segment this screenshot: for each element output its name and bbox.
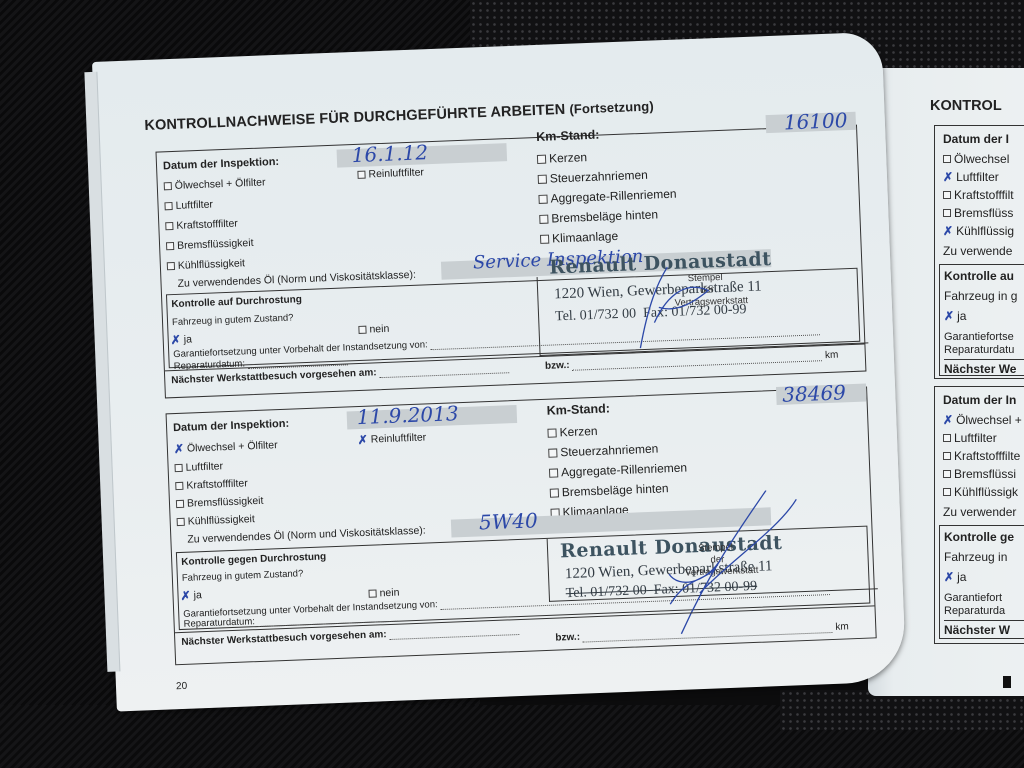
checkbox-icon	[177, 518, 185, 526]
checkbox-item[interactable]: Kraftstofffilt	[943, 188, 1014, 202]
right-entry-2: Datum der In ✗Ölwechsel + Luftfilter Kra…	[934, 386, 1024, 644]
dealer-stamp: Renault Donaustadt 1220 Wien, Gewerbepar…	[537, 264, 869, 356]
checkbox-icon	[174, 464, 182, 472]
checkbox-accessory-belt[interactable]: Aggregate-Rillenriemen	[538, 187, 677, 206]
seat-mesh-bottom	[780, 690, 1024, 730]
checkbox-icon	[358, 326, 366, 334]
checkbox-rear-brakes[interactable]: Bremsbeläge hinten	[539, 207, 658, 226]
check-mark-icon: ✗	[170, 333, 181, 347]
yes-checkbox[interactable]: ✗ja	[180, 588, 202, 603]
date-value: 11.9.2013	[356, 401, 459, 429]
checkbox-air-filter[interactable]: Luftfilter	[174, 460, 223, 474]
next-visit-label: Nächster We	[944, 359, 1024, 376]
checkbox-item[interactable]: Bremsflüss	[943, 206, 1013, 220]
checkbox-coolant[interactable]: Kühlflüssigkeit	[176, 513, 255, 528]
page-marker	[1003, 676, 1011, 688]
checkbox-timing-belt[interactable]: Steuerzahnriemen	[538, 168, 649, 186]
date-label: Datum der Inspektion:	[173, 418, 290, 434]
checkbox-item[interactable]: ✗Kühlflüssig	[943, 224, 1014, 238]
checkbox-spark-plugs[interactable]: Kerzen	[547, 424, 598, 440]
yes-checkbox[interactable]: ✗ja	[944, 570, 966, 584]
checkbox-brake-fluid[interactable]: Bremsflüssigkeit	[176, 495, 264, 510]
signature	[617, 260, 730, 354]
checkbox-item[interactable]: Kühlflüssigk	[943, 485, 1018, 499]
checkbox-icon	[164, 202, 172, 210]
dealer-stamp: Renault Donaustadt 1220 Wien, Gewerbepar…	[547, 526, 878, 602]
checkbox-spark-plugs[interactable]: Kerzen	[537, 150, 588, 166]
checkbox-item[interactable]: Kraftstofffilte	[943, 449, 1020, 463]
date-value: 16.1.12	[351, 140, 428, 167]
checkbox-item[interactable]: Ölwechsel	[943, 152, 1009, 166]
checkbox-icon	[175, 482, 183, 490]
checkbox-icon	[167, 262, 175, 270]
checkbox-item[interactable]: ✗Luftfilter	[943, 170, 999, 184]
warranty-label: Garantiefort	[944, 592, 1002, 604]
checkbox-icon	[164, 182, 172, 190]
checkbox-icon	[176, 500, 184, 508]
checkbox-icon	[549, 468, 558, 477]
condition-question: Fahrzeug in	[944, 550, 1007, 564]
yes-checkbox[interactable]: ✗ja	[170, 332, 192, 347]
right-page-title: KONTROL	[930, 98, 1002, 114]
checkbox-oil-change[interactable]: ✗Ölwechsel + Ölfilter	[174, 438, 278, 456]
checkbox-accessory-belt[interactable]: Aggregate-Rillenriemen	[549, 460, 688, 479]
checkbox-icon	[538, 194, 547, 203]
checkbox-coolant[interactable]: Kühlflüssigkeit	[167, 257, 246, 272]
page-number: 20	[176, 681, 188, 692]
oil-label: Zu verwendendes Öl (Norm und Viskositäts…	[187, 525, 426, 546]
corrosion-title: Kontrolle gegen Durchrostung	[181, 551, 326, 568]
date-label: Datum der Inspektion:	[163, 156, 280, 172]
checkbox-icon	[537, 154, 546, 163]
checkbox-icon	[539, 214, 548, 223]
oil-label: Zu verwende	[943, 244, 1012, 258]
inspection-entry-1: Datum der Inspektion: 16.1.12 Km-Stand: …	[155, 125, 866, 399]
checkbox-item[interactable]: Bremsflüssi	[943, 467, 1016, 481]
checkbox-icon	[550, 488, 559, 497]
left-page: KONTROLLNACHWEISE FÜR DURCHGEFÜHRTE ARBE…	[92, 32, 906, 712]
checkbox-icon	[540, 234, 549, 243]
checkbox-item[interactable]: ✗Ölwechsel +	[943, 413, 1022, 427]
checkbox-icon	[165, 222, 173, 230]
checkbox-cabin-filter[interactable]: ✗Reinluftfilter	[357, 430, 426, 447]
checkbox-icon	[357, 171, 365, 179]
km-value: 38469	[782, 380, 846, 406]
no-checkbox[interactable]: nein	[368, 587, 399, 600]
corrosion-title: Kontrolle auf Durchrostung	[171, 294, 302, 310]
checkbox-oil-change[interactable]: Ölwechsel + Ölfilter	[164, 176, 266, 192]
km-label: Km-Stand:	[536, 128, 600, 144]
date-label: Datum der In	[943, 393, 1016, 407]
repair-date-label: Reparaturdatu	[944, 344, 1014, 356]
repair-date-label: Reparaturda	[944, 605, 1005, 617]
checkbox-timing-belt[interactable]: Steuerzahnriemen	[548, 442, 659, 460]
warranty-label: Garantiefortse	[944, 331, 1014, 343]
checkbox-item[interactable]: Luftfilter	[943, 431, 997, 445]
condition-question: Fahrzeug in g	[944, 289, 1017, 303]
check-mark-icon: ✗	[180, 589, 191, 603]
date-label: Datum der I	[943, 132, 1009, 146]
no-checkbox[interactable]: nein	[358, 323, 389, 336]
check-mark-icon: ✗	[357, 433, 368, 447]
km-label: Km-Stand:	[546, 401, 610, 417]
condition-question: Fahrzeug in gutem Zustand?	[182, 568, 304, 584]
checkbox-icon	[548, 448, 557, 457]
checkbox-fuel-filter[interactable]: Kraftstofffilter	[165, 218, 238, 233]
checkbox-icon	[538, 174, 547, 183]
checkbox-cabin-filter[interactable]: Reinluftfilter	[357, 166, 424, 181]
corrosion-title: Kontrolle au	[944, 269, 1014, 283]
oil-value: 5W40	[479, 508, 539, 534]
check-mark-icon: ✗	[174, 442, 185, 456]
checkbox-brake-fluid[interactable]: Bremsflüssigkeit	[166, 237, 254, 252]
checkbox-air-filter[interactable]: Luftfilter	[164, 198, 213, 212]
checkbox-icon	[547, 428, 556, 437]
condition-question: Fahrzeug in gutem Zustand?	[172, 312, 294, 328]
inspection-entry-2: Datum der Inspektion: 11.9.2013 Km-Stand…	[166, 386, 877, 665]
checkbox-fuel-filter[interactable]: Kraftstofffilter	[175, 477, 248, 492]
right-entry-1: Datum der I Ölwechsel ✗Luftfilter Krafts…	[934, 125, 1024, 379]
checkbox-icon	[166, 242, 174, 250]
oil-label: Zu verwender	[943, 505, 1016, 519]
checkbox-icon	[368, 589, 376, 597]
next-visit-label: Nächster W	[944, 620, 1024, 637]
corrosion-title: Kontrolle ge	[944, 530, 1014, 544]
km-value: 16100	[783, 108, 847, 134]
yes-checkbox[interactable]: ✗ja	[944, 309, 966, 323]
checkbox-ac[interactable]: Klimaanlage	[540, 229, 619, 246]
